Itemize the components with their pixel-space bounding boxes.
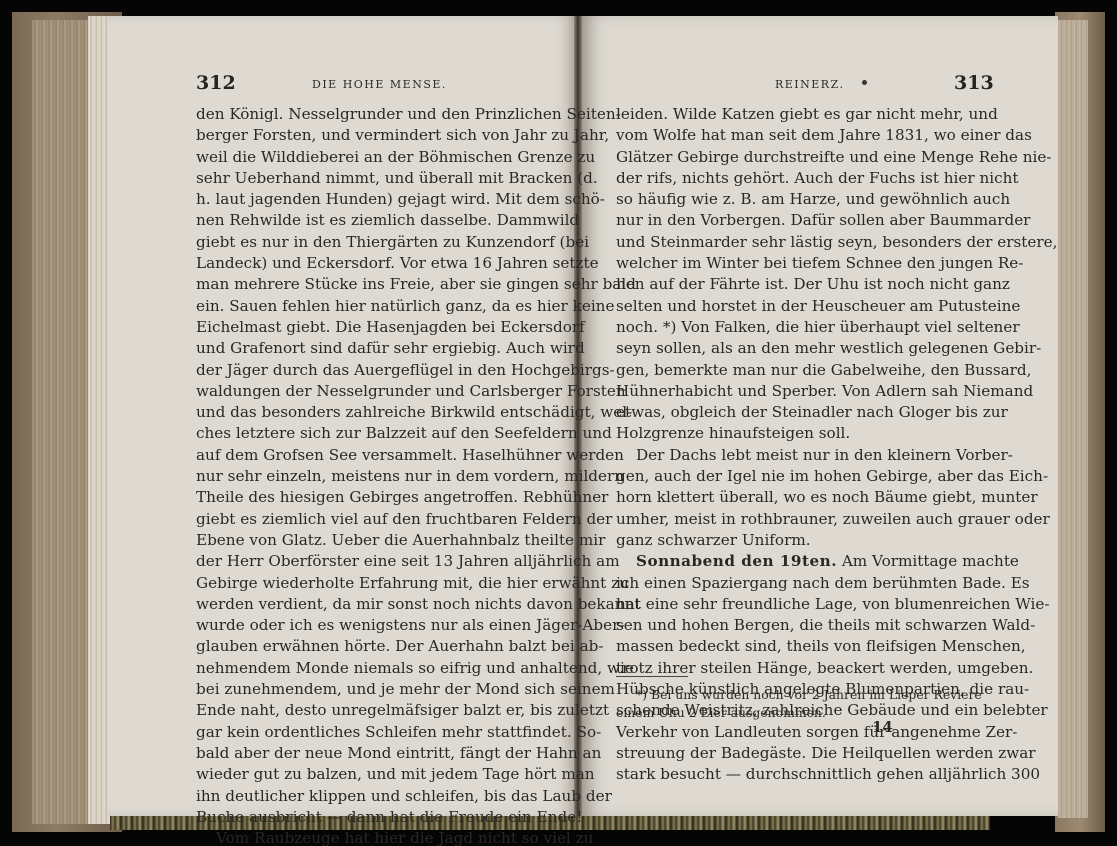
text-line: stark besucht — durchschnittlich gehen a… xyxy=(616,764,978,785)
text-line: gen, auch der Igel nie im hohen Gebirge,… xyxy=(616,466,978,487)
section-line-text: Am Vormittage machte xyxy=(842,552,1019,570)
text-line: auf dem Grofsen See versammelt. Haselhüh… xyxy=(196,445,540,466)
text-line: selten und horstet in der Heuscheuer am … xyxy=(616,296,978,317)
text-line: seyn sollen, als an den mehr westlich ge… xyxy=(616,338,978,359)
text-line: Der Dachs lebt meist nur in den kleinern… xyxy=(616,445,978,466)
text-line: noch. *) Von Falken, die hier überhaupt … xyxy=(616,317,978,338)
text-line: gar kein ordentliches Schleifen mehr sta… xyxy=(196,722,540,743)
text-line: streuung der Badegäste. Die Heilquellen … xyxy=(616,743,978,764)
text-line: giebt es ziemlich viel auf den fruchtbar… xyxy=(196,509,540,530)
running-head-right: REINERZ. xyxy=(775,78,845,100)
text-line: Eichelmast giebt. Die Hasenjagden bei Ec… xyxy=(196,317,540,338)
text-line: sehr Ueberhand nimmt, und überall mit Br… xyxy=(196,168,540,189)
text-line: Vom Raubzeuge hat hier die Jagd nicht so… xyxy=(196,828,540,846)
ornament-dot xyxy=(862,80,867,85)
text-line: welcher im Winter bei tiefem Schnee den … xyxy=(616,253,978,274)
text-line: wurde oder ich es wenigstens nur als ein… xyxy=(196,615,540,636)
text-line: gen, bemerkte man nur die Gabelweihe, de… xyxy=(616,360,978,381)
text-line: ein. Sauen fehlen hier natürlich ganz, d… xyxy=(196,296,540,317)
page-number-right: 313 xyxy=(954,72,994,94)
text-line: hen auf der Fährte ist. Der Uhu ist noch… xyxy=(616,274,978,295)
text-line: Buche ausbricht — dann hat die Freude ei… xyxy=(196,807,540,828)
text-line: nen Rehwilde ist es ziemlich dasselbe. D… xyxy=(196,210,540,231)
left-page-body: den Königl. Nesselgrunder und den Prinzl… xyxy=(196,104,540,846)
text-line: ches letztere sich zur Balzzeit auf den … xyxy=(196,423,540,444)
text-line: Gebirge wiederholte Erfahrung mit, die h… xyxy=(196,573,540,594)
text-line: nur in den Vorbergen. Dafür sollen aber … xyxy=(616,210,978,231)
text-line: und Grafenort sind dafür sehr ergiebig. … xyxy=(196,338,540,359)
text-line: waldungen der Nesselgrunder und Carlsber… xyxy=(196,381,540,402)
text-line: ganz schwarzer Uniform. xyxy=(616,530,978,551)
section-line: Sonnabend den 19ten. Am Vormittage macht… xyxy=(616,551,978,572)
page-edges-left xyxy=(88,16,110,824)
footnote-line: einem Uhu 2 Eier ausgenommen. xyxy=(616,704,976,722)
text-line: berger Forsten, und vermindert sich von … xyxy=(196,125,540,146)
footnote: *) Bei uns wurden noch vor 2 Jahren im L… xyxy=(616,686,976,722)
text-line: horn klettert überall, wo es noch Bäume … xyxy=(616,487,978,508)
text-line: leiden. Wilde Katzen giebt es gar nicht … xyxy=(616,104,978,125)
footnote-divider xyxy=(616,676,688,677)
running-head-left: DIE HOHE MENSE. xyxy=(312,78,447,100)
text-line: giebt es nur in den Thiergärten zu Kunze… xyxy=(196,232,540,253)
text-line: vom Wolfe hat man seit dem Jahre 1831, w… xyxy=(616,125,978,146)
text-line: Theile des hiesigen Gebirges angetroffen… xyxy=(196,487,540,508)
text-line: und das besonders zahlreiche Birkwild en… xyxy=(196,402,540,423)
right-page-body: leiden. Wilde Katzen giebt es gar nicht … xyxy=(616,104,978,786)
text-line: bald aber der neue Mond eintritt, fängt … xyxy=(196,743,540,764)
text-line: massen bedeckt sind, theils von fleifsig… xyxy=(616,636,978,657)
text-line: nur sehr einzeln, meistens nur in dem vo… xyxy=(196,466,540,487)
text-line: Landeck) und Eckersdorf. Vor etwa 16 Jah… xyxy=(196,253,540,274)
text-line: der rifs, nichts gehört. Auch der Fuchs … xyxy=(616,168,978,189)
text-line: nehmendem Monde niemals so eifrig und an… xyxy=(196,658,540,679)
text-line: bei zunehmendem, und je mehr der Mond si… xyxy=(196,679,540,700)
text-line: sen und hohen Bergen, die theils mit sch… xyxy=(616,615,978,636)
text-line: den Königl. Nesselgrunder und den Prinzl… xyxy=(196,104,540,125)
page-number-left: 312 xyxy=(196,72,236,94)
text-line: Verkehr von Landleuten sorgen für angene… xyxy=(616,722,978,743)
text-line: umher, meist in rothbrauner, zuweilen au… xyxy=(616,509,978,530)
text-line: ihn deutlicher klippen und schleifen, bi… xyxy=(196,786,540,807)
text-line: glauben erwähnen hörte. Der Auerhahn bal… xyxy=(196,636,540,657)
page-block-right xyxy=(1058,20,1088,818)
text-line: ich einen Spaziergang nach dem berühmten… xyxy=(616,573,978,594)
text-line: Glätzer Gebirge durchstreifte und eine M… xyxy=(616,147,978,168)
text-line: Ebene von Glatz. Ueber die Auerhahnbalz … xyxy=(196,530,540,551)
text-line: der Herr Oberförster eine seit 13 Jahren… xyxy=(196,551,540,572)
footnote-line: *) Bei uns wurden noch vor 2 Jahren im L… xyxy=(616,686,976,704)
text-line: weil die Wilddieberei an der Böhmischen … xyxy=(196,147,540,168)
text-line: hat eine sehr freundliche Lage, von blum… xyxy=(616,594,978,615)
signature-mark: 14 xyxy=(872,718,893,736)
text-line: h. laut jagenden Hunden) gejagt wird. Mi… xyxy=(196,189,540,210)
text-line: Holzgrenze hinaufsteigen soll. xyxy=(616,423,978,444)
text-line: so häufig wie z. B. am Harze, und gewöhn… xyxy=(616,189,978,210)
text-line: man mehrere Stücke ins Freie, aber sie g… xyxy=(196,274,540,295)
text-line: wieder gut zu balzen, und mit jedem Tage… xyxy=(196,764,540,785)
text-line: Hühnerhabicht und Sperber. Von Adlern sa… xyxy=(616,381,978,402)
text-line: Ende naht, desto unregelmäfsiger balzt e… xyxy=(196,700,540,721)
section-heading: Sonnabend den 19ten. xyxy=(636,552,837,570)
text-line: und Steinmarder sehr lästig seyn, besond… xyxy=(616,232,978,253)
text-line: etwas, obgleich der Steinadler nach Glog… xyxy=(616,402,978,423)
text-line: der Jäger durch das Auergeflügel in den … xyxy=(196,360,540,381)
text-line: werden verdient, da mir sonst noch nicht… xyxy=(196,594,540,615)
